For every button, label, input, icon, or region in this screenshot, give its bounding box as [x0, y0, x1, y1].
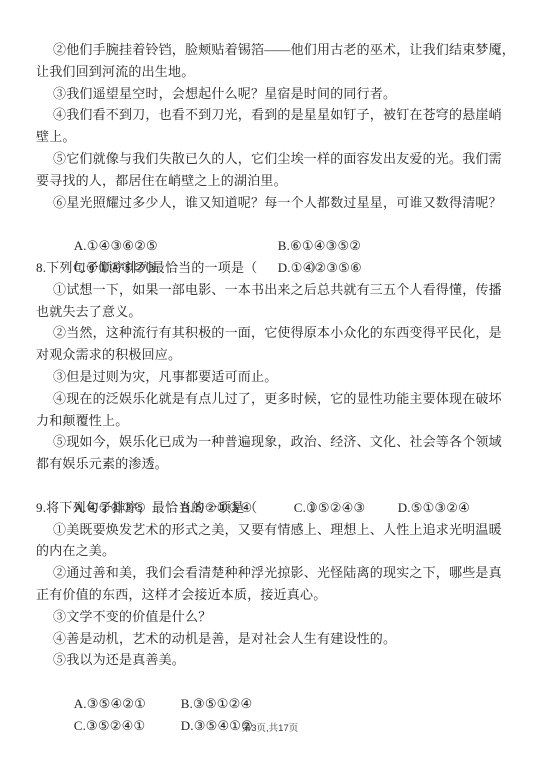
option-row: A.①④③⑥②⑤B.⑥①④③⑤② [36, 213, 508, 235]
sentence-line: ③文学不变的价值是什么？ [36, 606, 508, 628]
sentence-line: ④现在的泛娱乐化就是有点儿过了，更多时候，它的显性功能主要体现在破坏 [36, 388, 508, 410]
sentence-line: ⑤我以为还是真善美。 [36, 649, 508, 671]
option-b: B.⑥①④③⑤② [278, 235, 361, 257]
option-row: A.③⑤④②①B.③⑤①②④ [36, 671, 508, 693]
sentence-line: ①美既要焕发艺术的形式之美，又要有情感上、理想上、人性上追求光明温暖 [36, 519, 508, 541]
option-a: A.③⑤④②① [74, 693, 181, 715]
sentence-line: 也就失去了意义。 [36, 301, 508, 323]
sentence-line: ②他们手腕挂着铃铛，脸颊贴着锡箔——他们用古老的巫术，让我们结束梦魇， [36, 39, 508, 61]
page-content: ②他们手腕挂着铃铛，脸颊贴着锡箔——他们用古老的巫术，让我们结束梦魇， 让我们回… [36, 39, 508, 715]
option-a: A.①④③⑥②⑤ [74, 235, 278, 257]
sentence-line: ④我们看不到刀，也看不到刀光，看到的是星星如钉子，被钉在苍穹的悬崖峭 [36, 104, 508, 126]
sentence-line: ③我们遥望星空时，会想起什么呢？星宿是时间的同行者。 [36, 83, 508, 105]
sentence-line: 对观众需求的积极回应。 [36, 344, 508, 366]
sentence-line: ⑤它们就像与我们失散已久的人，它们尘埃一样的面容发出友爱的光。我们需 [36, 148, 508, 170]
sentence-line: ③但是过则为灾，凡事都要适可而止。 [36, 366, 508, 388]
sentence-line: ⑥星光照耀过多少人，谁又知道呢？每一个人都数过星星，可谁又数得清呢？ [36, 192, 508, 214]
exam-page: ②他们手腕挂着铃铛，脸颊贴着锡箔——他们用古老的巫术，让我们结束梦魇， 让我们回… [0, 0, 540, 764]
sentence-line: ②通过善和美，我们会看清楚种种浮光掠影、光怪陆离的现实之下，哪些是真 [36, 562, 508, 584]
sentence-line: 壁上。 [36, 126, 508, 148]
sentence-line: 力和颠覆性上。 [36, 410, 508, 432]
sentence-line: 让我们回到河流的出生地。 [36, 61, 508, 83]
sentence-line: 都有娱乐元素的渗透。 [36, 453, 508, 475]
sentence-line: ①试想一下，如果一部电影、一本书出来之后总共就有三五个人看得懂，传播 [36, 279, 508, 301]
sentence-line: ②当然，这种流行有其积极的一面，它使得原本小众化的东西变得平民化，是 [36, 322, 508, 344]
page-number: 第3页,共17页 [0, 722, 540, 736]
sentence-line: ⑤现如今，娱乐化已成为一种普遍现象，政治、经济、文化、社会等各个领域 [36, 431, 508, 453]
sentence-line: 要寻找的人，都居住在峭壁之上的湖泊里。 [36, 170, 508, 192]
sentence-line: ④善是动机，艺术的动机是善，是对社会人生有建设性的。 [36, 628, 508, 650]
question-8-stem: 8.下列句子顺序排列最恰当的一项是（ ） [36, 257, 508, 279]
option-b: B.③⑤①②④ [181, 693, 253, 715]
sentence-line: 正有价值的东西，这样才会接近本质，接近真心。 [36, 584, 508, 606]
sentence-line: 的内在之美。 [36, 540, 508, 562]
option-row: A.④②①③⑤B.⑤②①③④C.①⑤②④③D.⑤①③②④ [36, 475, 508, 497]
option-d: D.⑤①③②④ [398, 497, 470, 519]
